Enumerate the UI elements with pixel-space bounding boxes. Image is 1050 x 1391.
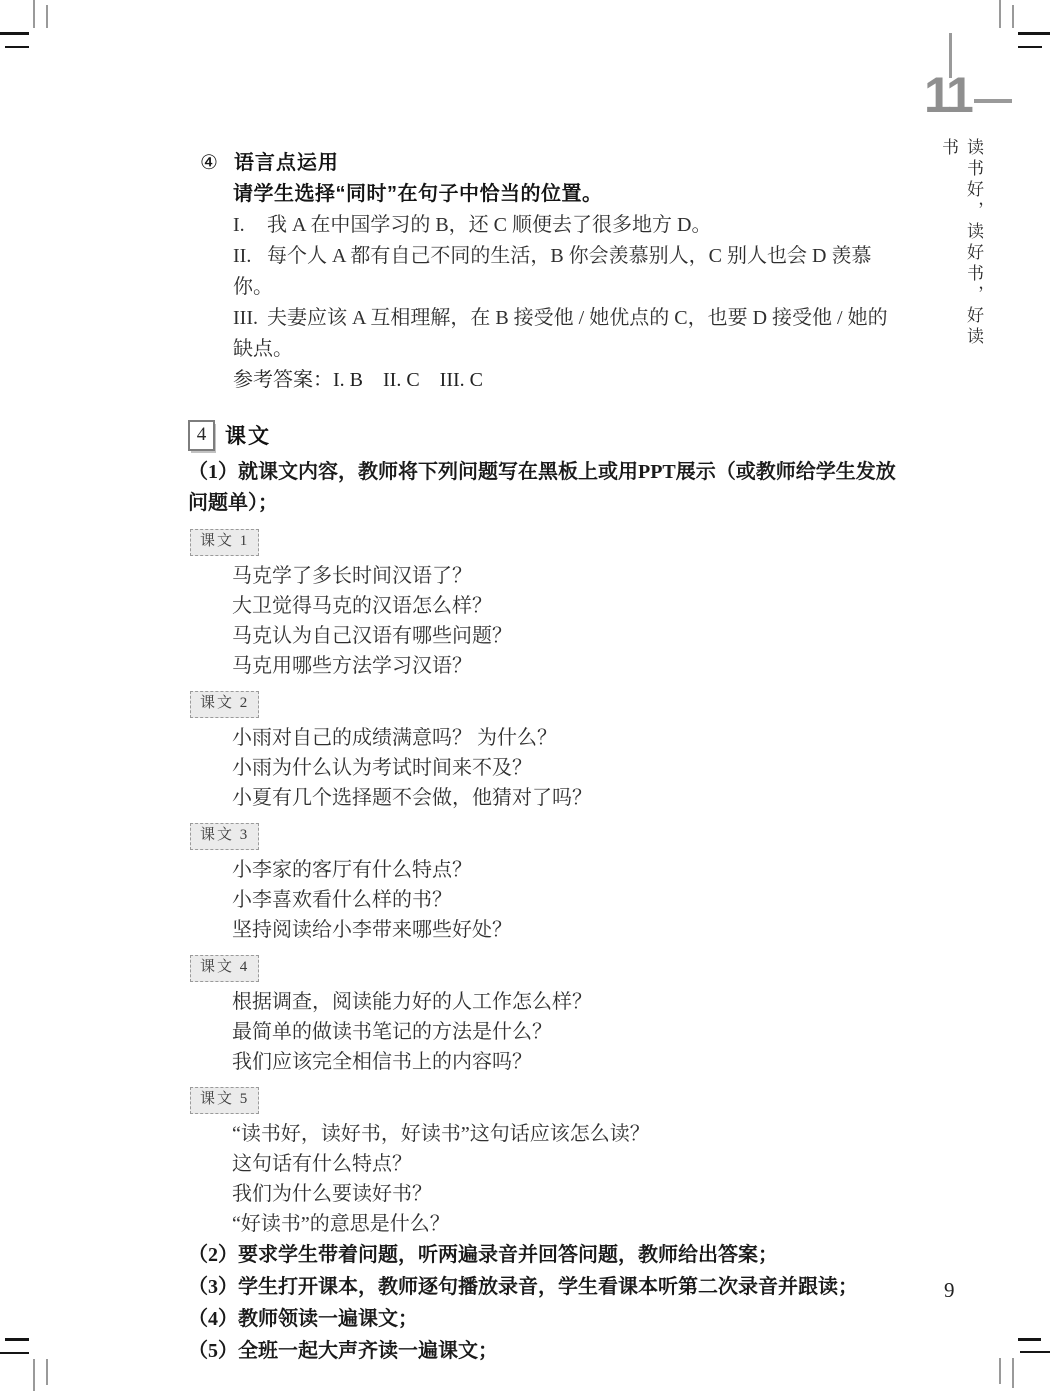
lesson-question: 马克认为自己汉语有哪些问题？ [232, 621, 904, 651]
teaching-step: （3）学生打开课本，教师逐句播放录音，学生看课本听第二次录音并跟读； [188, 1271, 904, 1303]
roman-numeral: I. [233, 210, 267, 241]
crop-mark-top-right [1012, 5, 1014, 28]
crop-mark-top-right [999, 0, 1001, 28]
lesson-label: 课文 2 [190, 691, 259, 718]
page-content: ④语言点运用 请学生选择“同时”在句子中恰当的位置。 I.我 A 在中国学习的 … [188, 148, 904, 1367]
exercise-sentence: II.每个人 A 都有自己不同的生活，B 你会羡慕别人，C 别人也会 D 羡慕你… [233, 241, 904, 303]
lesson-question: 马克用哪些方法学习汉语？ [232, 651, 904, 681]
book-page: 11 读书好，读好书，好读书 ④语言点运用 请学生选择“同时”在句子中恰当的位置… [0, 0, 1050, 1391]
lesson-block: 课文 2 小雨对自己的成绩满意吗？ 为什么？ 小雨为什么认为考试时间来不及？ 小… [188, 691, 904, 813]
lesson-label: 课文 1 [190, 529, 259, 556]
lesson-question: 小李家的客厅有什么特点？ [232, 855, 904, 885]
kewen-heading: 4 课文 [188, 417, 904, 453]
teaching-step: （4）教师领读一遍课文； [188, 1303, 904, 1335]
lesson-question: 坚持阅读给小李带来哪些好处？ [232, 915, 904, 945]
lesson-question: 最简单的做读书笔记的方法是什么？ [232, 1017, 904, 1047]
sentence-text: 夫妻应该 A 互相理解，在 B 接受他 / 她优点的 C，也要 D 接受他 / … [233, 307, 888, 360]
lesson-questions: 马克学了多长时间汉语了？ 大卫觉得马克的汉语怎么样？ 马克认为自己汉语有哪些问题… [232, 561, 904, 681]
lesson-questions: 小雨对自己的成绩满意吗？ 为什么？ 小雨为什么认为考试时间来不及？ 小夏有几个选… [232, 723, 904, 813]
section-kewen: 4 课文 （1）就课文内容，教师将下列问题写在黑板上或用PPT展示（或教师给学生… [188, 417, 904, 1367]
lesson-question: “读书好，读好书，好读书”这句话应该怎么读？ [232, 1119, 904, 1149]
exercise-sentence: III.夫妻应该 A 互相理解，在 B 接受他 / 她优点的 C，也要 D 接受… [233, 303, 904, 365]
lesson-label: 课文 4 [190, 955, 259, 982]
lesson-question: 马克学了多长时间汉语了？ [232, 561, 904, 591]
lesson-question: 我们为什么要读好书？ [232, 1179, 904, 1209]
teaching-step: （2）要求学生带着问题，听两遍录音并回答问题，教师给出答案； [188, 1239, 904, 1271]
chapter-number: 11 [924, 70, 971, 120]
lesson-questions: “读书好，读好书，好读书”这句话应该怎么读？ 这句话有什么特点？ 我们为什么要读… [232, 1119, 904, 1239]
lesson-question: 小李喜欢看什么样的书？ [232, 885, 904, 915]
lesson-question: 根据调查，阅读能力好的人工作怎么样？ [232, 987, 904, 1017]
lesson-question: “好读书”的意思是什么？ [232, 1209, 904, 1239]
lesson-block: 课文 5 “读书好，读好书，好读书”这句话应该怎么读？ 这句话有什么特点？ 我们… [188, 1087, 904, 1239]
chapter-title-vertical: 读书好，读好书，好读书 [936, 138, 986, 358]
crop-mark-bottom-left [0, 1352, 29, 1354]
crop-mark-top-left [0, 32, 29, 35]
lesson-label: 课文 5 [190, 1087, 259, 1114]
crop-mark-bottom-right [999, 1358, 1001, 1384]
lesson-question: 小雨为什么认为考试时间来不及？ [232, 753, 904, 783]
lesson-block: 课文 3 小李家的客厅有什么特点？ 小李喜欢看什么样的书？ 坚持阅读给小李带来哪… [188, 823, 904, 945]
language-point-heading: ④语言点运用 [188, 148, 904, 179]
lesson-questions: 小李家的客厅有什么特点？ 小李喜欢看什么样的书？ 坚持阅读给小李带来哪些好处？ [232, 855, 904, 945]
roman-numeral: III. [233, 303, 267, 334]
crop-mark-top-left [33, 0, 35, 28]
lesson-block: 课文 4 根据调查，阅读能力好的人工作怎么样？ 最简单的做读书笔记的方法是什么？… [188, 955, 904, 1077]
crop-mark-bottom-right [1020, 1351, 1050, 1353]
section-language-points: ④语言点运用 请学生选择“同时”在句子中恰当的位置。 I.我 A 在中国学习的 … [188, 148, 904, 396]
sentence-text: 每个人 A 都有自己不同的生活，B 你会羡慕别人，C 别人也会 D 羡慕你。 [233, 245, 871, 298]
page-number: 9 [944, 1278, 955, 1303]
lesson-questions: 根据调查，阅读能力好的人工作怎么样？ 最简单的做读书笔记的方法是什么？ 我们应该… [232, 987, 904, 1077]
crop-mark-bottom-left [46, 1359, 48, 1385]
circled-number-marker: ④ [200, 148, 218, 179]
section-number-box: 4 [188, 420, 215, 451]
lesson-question: 小夏有几个选择题不会做，他猜对了吗？ [232, 783, 904, 813]
crop-mark-bottom-left [33, 1359, 35, 1391]
reference-answer: 参考答案：I. B II. C III. C [233, 365, 904, 396]
exercise-sentence: I.我 A 在中国学习的 B，还 C 顺便去了很多地方 D。 [233, 210, 904, 241]
crop-mark-top-right [1018, 46, 1042, 48]
language-point-title: 语言点运用 [234, 152, 339, 174]
lesson-question: 我们应该完全相信书上的内容吗？ [232, 1047, 904, 1077]
lesson-question: 这句话有什么特点？ [232, 1149, 904, 1179]
sentence-text: 我 A 在中国学习的 B，还 C 顺便去了很多地方 D。 [267, 214, 711, 236]
teaching-steps: （2）要求学生带着问题，听两遍录音并回答问题，教师给出答案； （3）学生打开课本… [188, 1239, 904, 1367]
chapter-dash-line [974, 99, 1012, 103]
crop-mark-bottom-right [1018, 1338, 1041, 1341]
crop-mark-top-left [46, 5, 48, 28]
roman-numeral: II. [233, 241, 267, 272]
crop-mark-top-right [1018, 32, 1050, 35]
lesson-label: 课文 3 [190, 823, 259, 850]
exercise-instruction: 请学生选择“同时”在句子中恰当的位置。 [233, 179, 904, 210]
crop-mark-bottom-left [5, 1338, 29, 1341]
teaching-step: （5）全班一起大声齐读一遍课文； [188, 1335, 904, 1367]
crop-mark-top-left [5, 46, 29, 48]
lesson-block: 课文 1 马克学了多长时间汉语了？ 大卫觉得马克的汉语怎么样？ 马克认为自己汉语… [188, 529, 904, 681]
crop-mark-bottom-right [1012, 1358, 1014, 1388]
lesson-question: 大卫觉得马克的汉语怎么样？ [232, 591, 904, 621]
language-point-body: 请学生选择“同时”在句子中恰当的位置。 I.我 A 在中国学习的 B，还 C 顺… [233, 179, 904, 396]
lesson-question: 小雨对自己的成绩满意吗？ 为什么？ [232, 723, 904, 753]
teaching-step: （1）就课文内容，教师将下列问题写在黑板上或用PPT展示（或教师给学生发放问题单… [188, 457, 904, 519]
kewen-title: 课文 [225, 420, 271, 450]
